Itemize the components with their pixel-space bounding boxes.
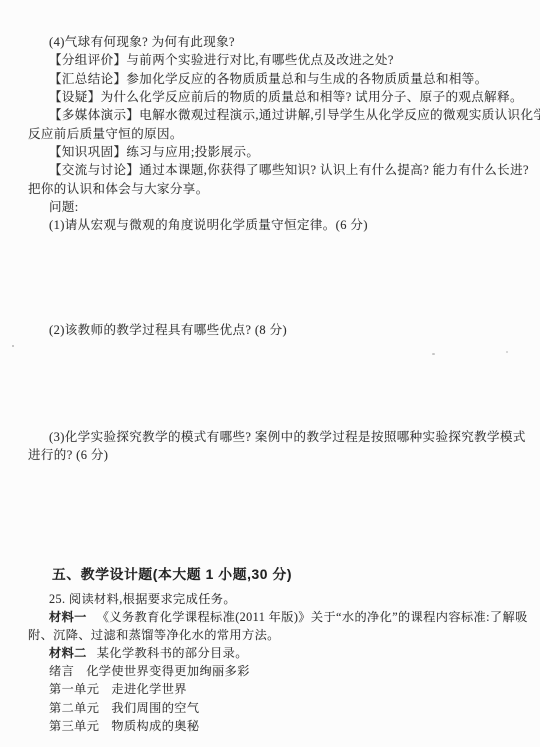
toc-entry-label: 第三单元 bbox=[49, 717, 99, 735]
question-3-line-1: (3)化学实验探究教学的模式有哪些? 案例中的教学过程是按照哪种实验探究教学模式 bbox=[28, 428, 534, 446]
question-2-block: (2)该教师的教学过程具有哪些优点? (8 分) bbox=[28, 321, 534, 339]
toc-entry-title: 走进化学世界 bbox=[111, 682, 187, 696]
material-1-label: 材料一 bbox=[49, 610, 87, 624]
question-3-block: (3)化学实验探究教学的模式有哪些? 案例中的教学过程是按照哪种实验探究教学模式… bbox=[28, 428, 534, 465]
scan-speck bbox=[432, 353, 435, 355]
toc-entry-title: 物质构成的奥秘 bbox=[111, 719, 199, 733]
toc-entry-label: 绪言 bbox=[49, 662, 74, 680]
toc-entry-unit-1: 第一单元走进化学世界 bbox=[28, 680, 534, 698]
case-line-consolidate: 【知识巩固】练习与应用;投影展示。 bbox=[28, 143, 534, 161]
question-25-block: 25. 阅读材料,根据要求完成任务。 材料一《义务教育化学课程标准(2011 年… bbox=[28, 590, 534, 735]
material-2-label: 材料二 bbox=[49, 646, 87, 660]
toc-entry-title: 我们周围的空气 bbox=[111, 701, 199, 715]
questions-label: 问题: bbox=[28, 198, 534, 216]
material-2-text: 某化学教科书的部分目录。 bbox=[97, 646, 248, 660]
case-study-block: (4)气球有何现象? 为何有此现象? 【分组评价】与前两个实验进行对比,有哪些优… bbox=[28, 33, 534, 235]
case-line-group-eval: 【分组评价】与前两个实验进行对比,有哪些优点及改进之处? bbox=[28, 51, 534, 69]
case-line-discussion-1: 【交流与讨论】通过本课题,你获得了哪些知识? 认识上有什么提高? 能力有什么长进… bbox=[28, 161, 534, 179]
scan-speck bbox=[506, 351, 508, 353]
toc-entry-unit-3: 第三单元物质构成的奥秘 bbox=[28, 717, 534, 735]
case-line-doubt: 【设疑】为什么化学反应前后的物质的质量总和相等? 试用分子、原子的观点解释。 bbox=[28, 88, 534, 106]
material-1-line-2: 附、沉降、过滤和蒸馏等净化水的常用方法。 bbox=[28, 626, 534, 644]
material-1-text-1: 《义务教育化学课程标准(2011 年版)》关于“水的净化”的课程内容标准:了解吸 bbox=[97, 610, 528, 624]
case-line-q4: (4)气球有何现象? 为何有此现象? bbox=[28, 33, 534, 51]
toc-entry-title: 化学使世界变得更加绚丽多彩 bbox=[86, 664, 250, 678]
exam-page-scan: (4)气球有何现象? 为何有此现象? 【分组评价】与前两个实验进行对比,有哪些优… bbox=[0, 0, 540, 747]
toc-entry-label: 第二单元 bbox=[49, 699, 99, 717]
case-line-conclusion: 【汇总结论】参加化学反应的各物质质量总和与生成的各物质质量总和相等。 bbox=[28, 70, 534, 88]
scan-speck bbox=[12, 345, 14, 347]
question-3-line-2: 进行的? (6 分) bbox=[28, 446, 534, 464]
question-2: (2)该教师的教学过程具有哪些优点? (8 分) bbox=[28, 321, 534, 339]
case-line-multimedia-2: 反应前后质量守恒的原因。 bbox=[28, 125, 534, 143]
toc-entry-preface: 绪言化学使世界变得更加绚丽多彩 bbox=[28, 662, 534, 680]
case-line-multimedia-1: 【多媒体演示】电解水微观过程演示,通过讲解,引导学生从化学反应的微观实质认识化学 bbox=[28, 106, 534, 124]
toc-entry-unit-2: 第二单元我们周围的空气 bbox=[28, 699, 534, 717]
section-5-heading-block: 五、教学设计题(本大题 1 小题,30 分) bbox=[52, 563, 534, 583]
material-1-line-1: 材料一《义务教育化学课程标准(2011 年版)》关于“水的净化”的课程内容标准:… bbox=[28, 608, 534, 626]
toc-entry-label: 第一单元 bbox=[49, 680, 99, 698]
case-line-discussion-2: 把你的认识和体会与大家分享。 bbox=[28, 180, 534, 198]
section-5-heading: 五、教学设计题(本大题 1 小题,30 分) bbox=[52, 563, 534, 583]
question-1: (1)请从宏观与微观的角度说明化学质量守恒定律。(6 分) bbox=[28, 216, 534, 234]
question-25-stem: 25. 阅读材料,根据要求完成任务。 bbox=[28, 590, 534, 608]
material-2-line: 材料二某化学教科书的部分目录。 bbox=[28, 644, 534, 662]
